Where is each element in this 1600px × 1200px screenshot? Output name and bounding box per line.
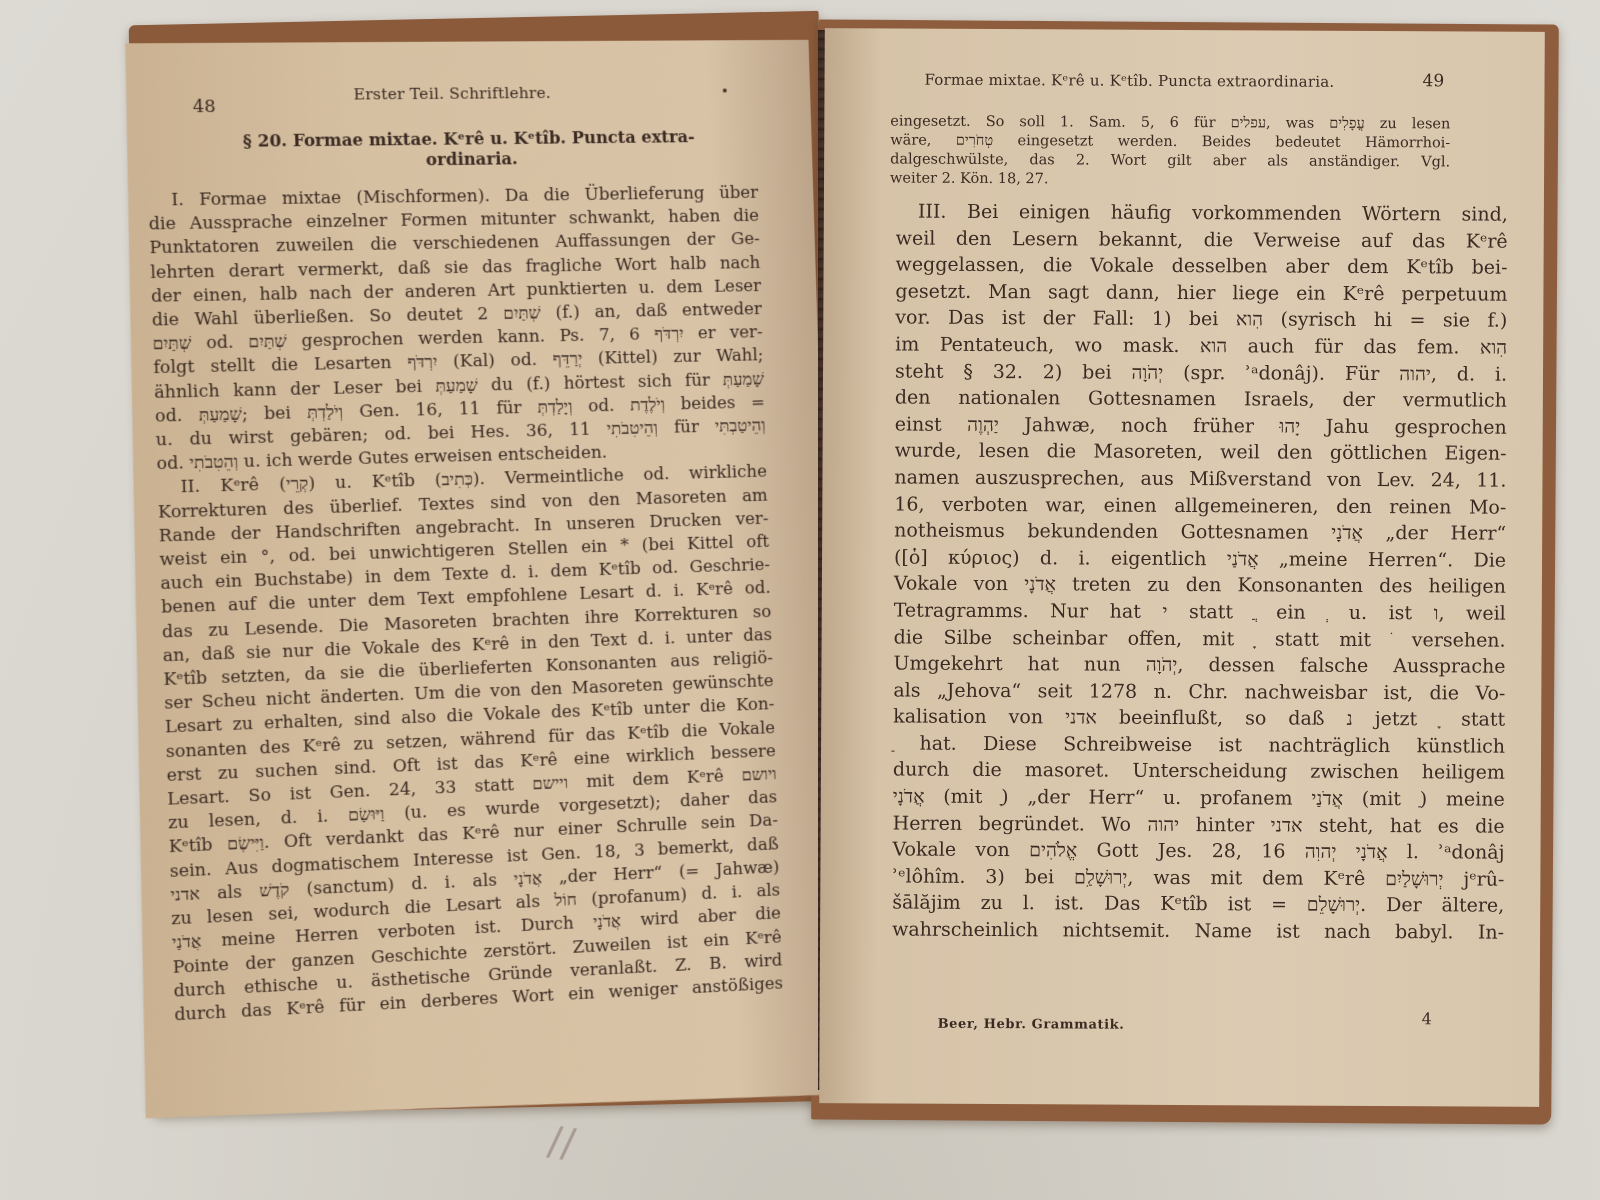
book-signature: Beer, Hebr. Grammatik. <box>938 1017 1125 1033</box>
text-line: notheismus bekundenden Gottesnamen אֲדֹנ… <box>894 518 1506 548</box>
sheet-number: 4 <box>1422 1009 1432 1028</box>
page-number: 48 <box>192 96 216 117</box>
running-head: Formae mixtae. Kᵉrê u. Kᵉtîb. Puncta ext… <box>925 71 1335 91</box>
text-line: Tetragramms. Nur hat י statt ֲ ein ְ u. … <box>894 597 1506 627</box>
text-line: im Pentateuch, wo mask. הוא auch für das… <box>895 331 1507 361</box>
text-line: šālăjim zu l. ist. Das Kᵉtîb ist = יְרוּ… <box>892 890 1504 920</box>
section-title: § 20. Formae mixtae. Kᵉrê u. Kᵉtîb. Punc… <box>188 127 747 174</box>
text-line: ַ hat. Diese Schreibweise ist nachträgli… <box>893 730 1505 760</box>
text-line: durch die masoret. Unterscheidung zwisch… <box>893 757 1505 787</box>
left-page: 48 Erster Teil. Schriftlehre. § 20. Form… <box>111 40 842 1135</box>
text-line: III. Bei einigen häufig vorkommenden Wör… <box>896 198 1508 228</box>
text-line: wahrscheinlich nichtsemit. Name ist nach… <box>892 917 1504 947</box>
text-line: Vokale von אֲדֹנָי treten zu den Konsona… <box>894 571 1506 601</box>
text-line: steht § 32. 2) bei יְהֹוָה (spr. ʾᵃdonâj… <box>895 358 1507 388</box>
ink-dot <box>723 89 727 93</box>
text-line: namen auszusprechen, aus Mißverstand von… <box>894 464 1506 494</box>
text-line: weggelassen, die Vokale desselben aber d… <box>896 252 1508 282</box>
right-body-text: III. Bei einigen häufig vorkommenden Wör… <box>892 198 1508 946</box>
text-line: wurde, lesen die Masoreten, weil den göt… <box>895 438 1507 468</box>
text-line: Herren begründet. Wo יהוה hinter אדני st… <box>893 810 1505 840</box>
right-footnote-continuation: eingesetzt. So soll 1. Sam. 5, 6 für עפל… <box>890 112 1450 191</box>
text-line: ʾᵉlôhîm. 3) bei יְרוּשָׁלַ͏ִם, was mit d… <box>892 863 1504 893</box>
text-line: als „Jehova“ seit 1278 n. Chr. nachweisb… <box>893 677 1505 707</box>
right-page: Formae mixtae. Kᵉrê u. Kᵉtîb. Puncta ext… <box>819 28 1545 1107</box>
text-line: gesetzt. Man sagt dann, hier liege ein K… <box>895 278 1507 308</box>
page-number: 49 <box>1422 71 1444 91</box>
text-line: Vokale von אֱלֹהִים Gott Jes. 28, 16 אֲד… <box>892 837 1504 867</box>
text-line: אֲדֹנָי (mit ָ) „der Herr“ u. profanem א… <box>893 784 1505 814</box>
text-line: einst יַהְוֶה Jahwæ, noch früher יָהוּ J… <box>895 411 1507 441</box>
text-line: 16, verboten war, einen allgemeineren, d… <box>894 491 1506 521</box>
text-line: weil den Lesern bekannt, die Verweise au… <box>896 225 1508 255</box>
text-line: weiter 2. Kön. 18, 27. <box>890 169 1450 191</box>
text-line: ([ὁ] κύριος) d. i. eigentlich אֲדֹנַי „m… <box>894 544 1506 574</box>
text-line: Umgekehrt hat nun יְהֹוָה, dessen falsch… <box>893 651 1505 681</box>
text-line: vor. Das ist der Fall: 1) bei הִוא (syri… <box>895 305 1507 335</box>
left-body-text: I. Formae mixtae (Mischformen). Da die Ü… <box>148 181 784 1027</box>
running-head: Erster Teil. Schriftlehre. <box>353 84 551 104</box>
text-line: den nationalen Gottesnamen Israels, der … <box>895 385 1507 415</box>
text-line: kalisation von אדני beeinflußt, so daß נ… <box>893 704 1505 734</box>
text-line: die Silbe scheinbar offen, mit ָ statt m… <box>894 624 1506 654</box>
